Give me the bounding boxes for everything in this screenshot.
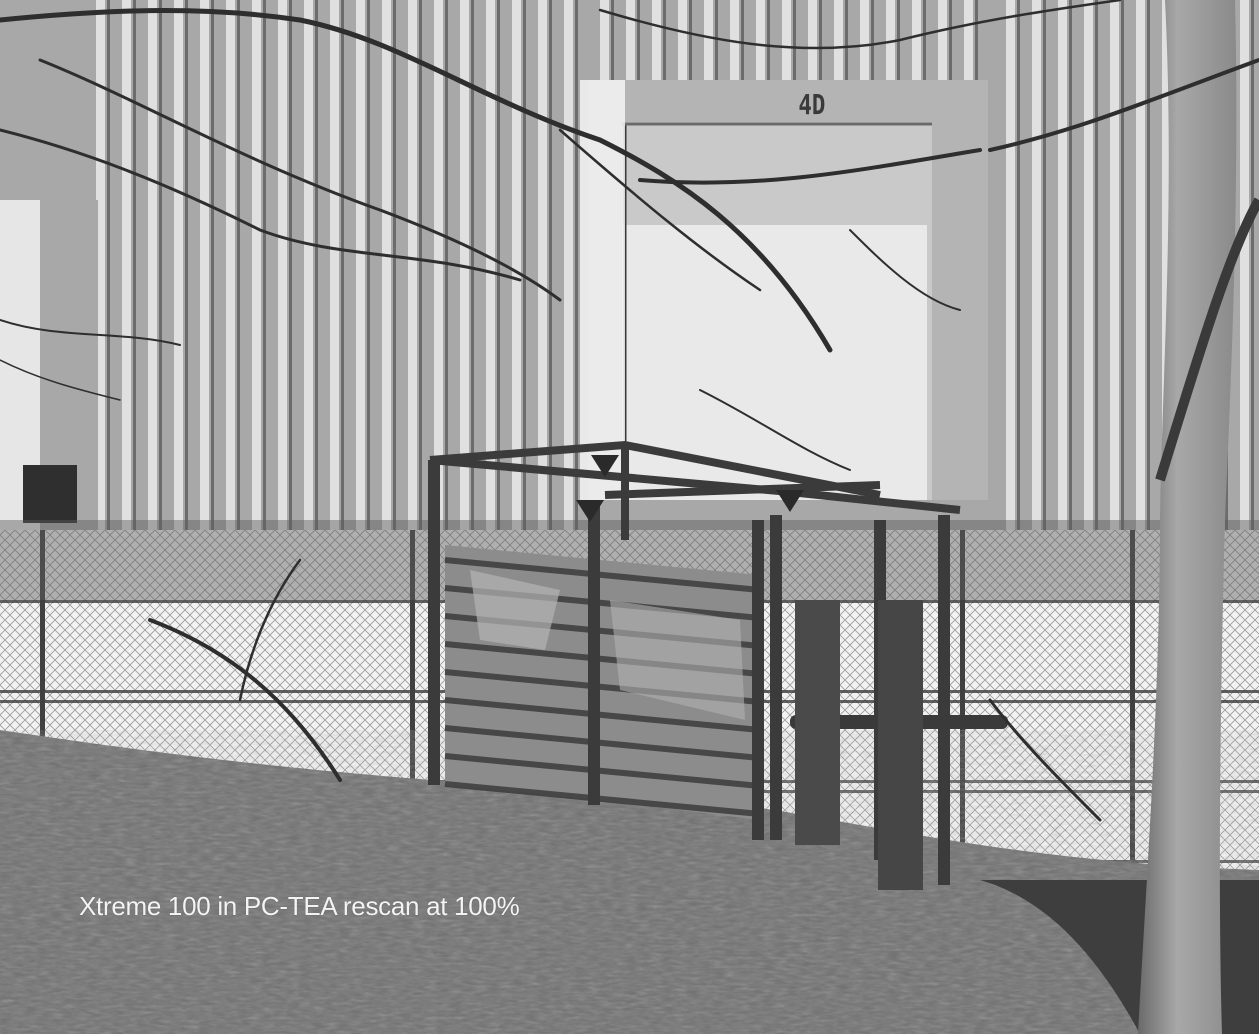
photo-caption: Xtreme 100 in PC-TEA rescan at 100% [79,891,519,922]
photo-scene [0,0,1259,1034]
photograph: 4D Xtreme 100 in PC-TEA rescan at 100% [0,0,1259,1034]
door-number-label: 4D [798,88,825,121]
